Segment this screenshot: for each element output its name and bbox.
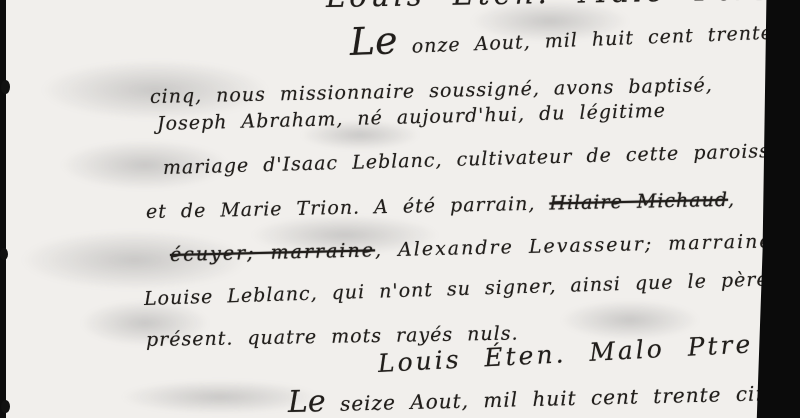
scan-edge-right [752,0,800,418]
scan-edge-nick [1,400,10,413]
struck-text: écuyer; marraine [170,239,375,266]
scan-edge-left [0,0,6,418]
line-text: , [728,189,736,211]
priest-signature-top: Louis Éten. Malo Ptre [326,0,773,10]
register-line: et de Marie Trion. A été parrain, Hilair… [146,187,736,225]
next-entry-first-line: Le seize Aout, mil huit cent trente cinq… [288,380,791,418]
line-text: onze Aout, mil huit cent trente [397,22,773,58]
flourish-initial: Le [349,18,398,64]
struck-text: Hilaire Michaud [549,189,728,215]
scan-edge-nick [1,80,10,94]
line-text: et de Marie Trion. A été parrain, [146,193,550,223]
line-text: seize Aout, mil huit cent trente cinq, [325,381,790,416]
flourish-initial: Le [288,384,327,418]
register-line: mariage d'Isaac Leblanc, cultivateur de … [163,138,790,181]
scanned-register-page: Louis Éten. Malo Ptre Le onze Aout, mil … [0,0,800,418]
scan-edge-nick [0,248,8,260]
